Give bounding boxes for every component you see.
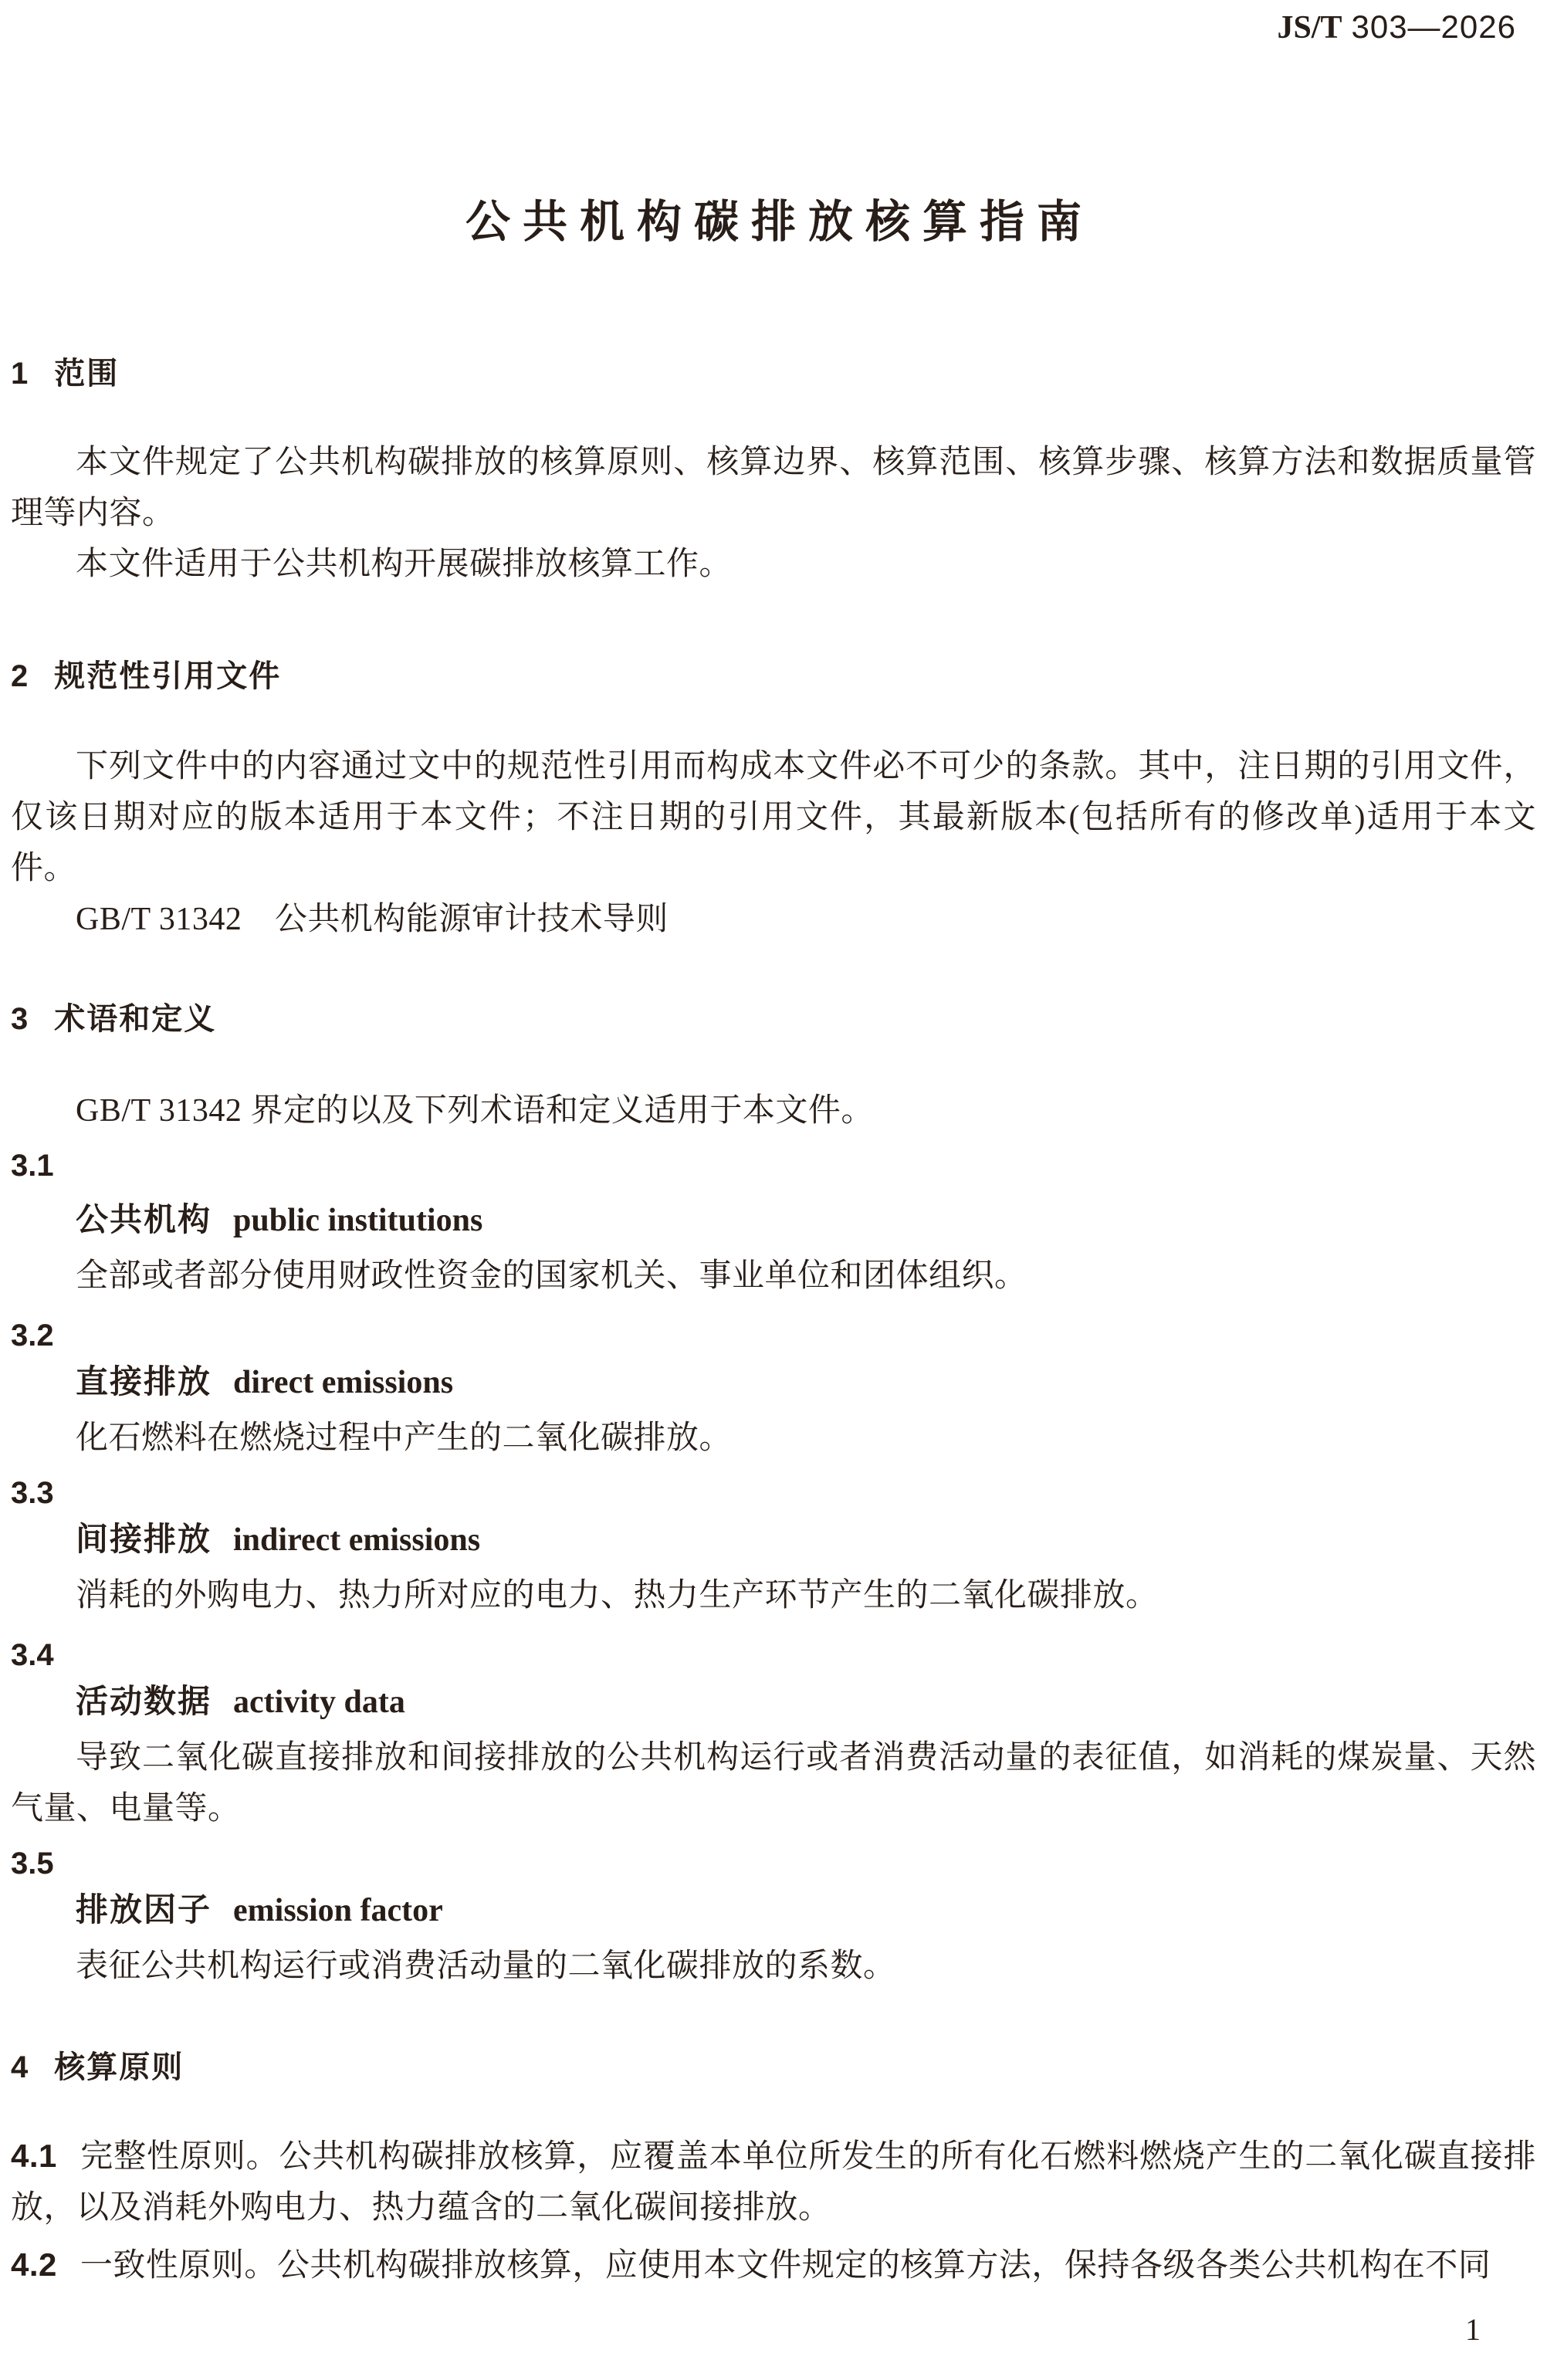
- standard-number: 303—2026: [1351, 8, 1516, 45]
- section-1-title: 范围: [54, 357, 119, 391]
- section-4-number: 4: [11, 2047, 28, 2087]
- term-3-3-number: 3.3: [11, 1470, 1536, 1516]
- clause-4-1-number: 4.1: [11, 2138, 57, 2174]
- document-page: JS/T303—2026 公共机构碳排放核算指南 1范围 本文件规定了公共机构碳…: [0, 0, 1547, 2380]
- section-3-intro: GB/T 31342 界定的以及下列术语和定义适用于本文件。: [11, 1085, 1536, 1136]
- term-3-5-zh: 排放因子: [76, 1891, 212, 1928]
- term-3-1-zh: 公共机构: [76, 1201, 212, 1237]
- standard-reference: JS/T303—2026: [11, 0, 1536, 54]
- clause-4-2: 4.2一致性原则。公共机构碳排放核算，应使用本文件规定的核算方法，保持各级各类公…: [11, 2240, 1536, 2291]
- term-3-3-title: 间接排放indirect emissions: [11, 1516, 1536, 1570]
- term-3-3-en: indirect emissions: [233, 1522, 480, 1558]
- section-3-title: 术语和定义: [54, 1002, 216, 1036]
- term-3-3-definition: 消耗的外购电力、热力所对应的电力、热力生产环节产生的二氧化碳排放。: [11, 1570, 1536, 1621]
- clause-4-1: 4.1完整性原则。公共机构碳排放核算，应覆盖本单位所发生的所有化石燃料燃烧产生的…: [11, 2131, 1536, 2233]
- clause-4-2-text: 一致性原则。公共机构碳排放核算，应使用本文件规定的核算方法，保持各级各类公共机构…: [80, 2248, 1491, 2284]
- term-3-1-en: public institutions: [233, 1203, 482, 1238]
- section-1-number: 1: [11, 354, 28, 394]
- term-3-3-zh: 间接排放: [76, 1521, 212, 1557]
- section-1-paragraph-2: 本文件适用于公共机构开展碳排放核算工作。: [11, 539, 1536, 590]
- page-number: 1: [1465, 2313, 1481, 2347]
- clause-4-2-number: 4.2: [11, 2246, 57, 2283]
- section-2-title: 规范性引用文件: [54, 659, 281, 693]
- term-3-2-number: 3.2: [11, 1312, 1536, 1359]
- term-3-4-definition: 导致二氧化碳直接排放和间接排放的公共机构运行或者消费活动量的表征值，如消耗的煤炭…: [11, 1732, 1536, 1834]
- term-3-4-title: 活动数据activity data: [11, 1678, 1536, 1732]
- term-3-2-en: direct emissions: [233, 1365, 453, 1400]
- clause-4-1-text: 完整性原则。公共机构碳排放核算，应覆盖本单位所发生的所有化石燃料燃烧产生的二氧化…: [11, 2139, 1536, 2226]
- term-3-5-title: 排放因子emission factor: [11, 1887, 1536, 1941]
- standard-code: JS/T: [1277, 10, 1342, 46]
- section-2-paragraph-1: 下列文件中的内容通过文中的规范性引用而构成本文件必不可少的条款。其中，注日期的引…: [11, 741, 1536, 894]
- section-4-title: 核算原则: [54, 2050, 184, 2084]
- section-1-heading: 1范围: [11, 354, 1536, 394]
- section-3-heading: 3术语和定义: [11, 999, 1536, 1039]
- section-2-reference-item: GB/T 31342 公共机构能源审计技术导则: [11, 894, 1536, 945]
- section-3-number: 3: [11, 999, 28, 1039]
- term-3-2-title: 直接排放direct emissions: [11, 1359, 1536, 1413]
- term-3-1-number: 3.1: [11, 1143, 1536, 1189]
- section-2-number: 2: [11, 656, 28, 696]
- term-3-4-number: 3.4: [11, 1632, 1536, 1678]
- section-1-paragraph-1: 本文件规定了公共机构碳排放的核算原则、核算边界、核算范围、核算步骤、核算方法和数…: [11, 437, 1536, 539]
- term-3-4-en: activity data: [233, 1684, 405, 1720]
- section-4-heading: 4核算原则: [11, 2047, 1536, 2087]
- term-3-5-number: 3.5: [11, 1840, 1536, 1887]
- document-title: 公共机构碳排放核算指南: [11, 191, 1536, 253]
- term-3-5-en: emission factor: [233, 1893, 443, 1928]
- term-3-4-zh: 活动数据: [76, 1683, 212, 1719]
- term-3-2-definition: 化石燃料在燃烧过程中产生的二氧化碳排放。: [11, 1413, 1536, 1464]
- term-3-2-zh: 直接排放: [76, 1363, 212, 1400]
- term-3-5-definition: 表征公共机构运行或消费活动量的二氧化碳排放的系数。: [11, 1941, 1536, 1992]
- term-3-1-definition: 全部或者部分使用财政性资金的国家机关、事业单位和团体组织。: [11, 1251, 1536, 1302]
- section-2-heading: 2规范性引用文件: [11, 656, 1536, 696]
- term-3-1-title: 公共机构public institutions: [11, 1197, 1536, 1251]
